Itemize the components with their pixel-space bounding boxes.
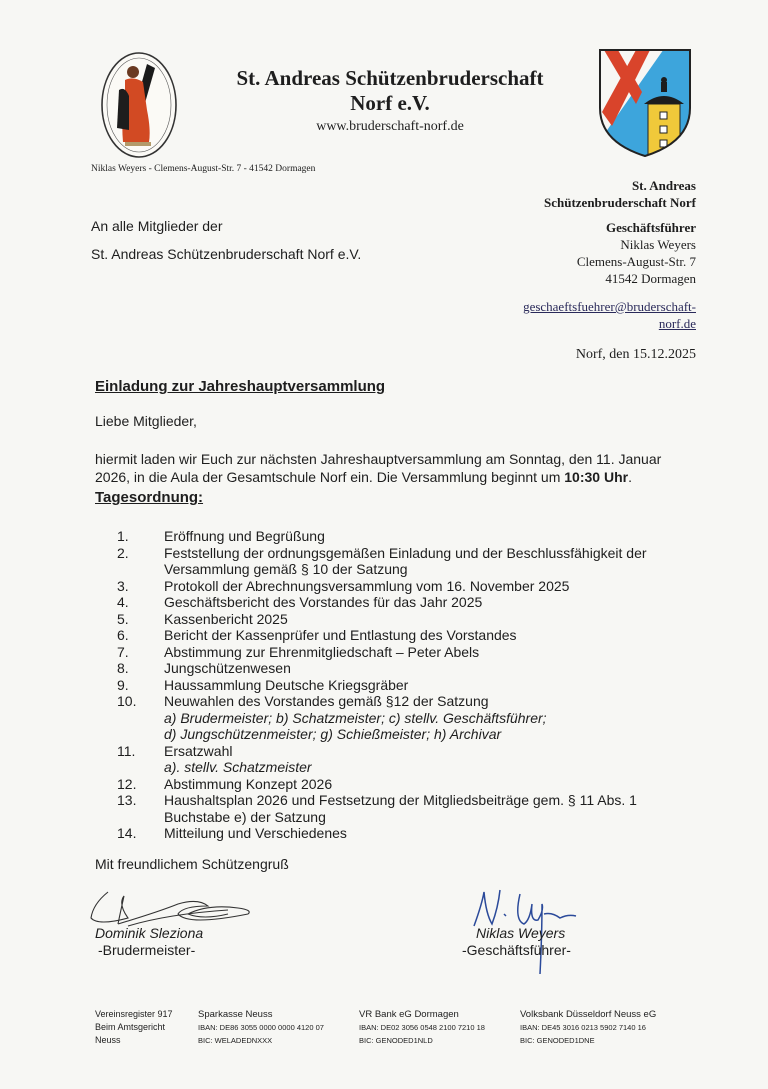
agenda-item: 14.Mitteilung und Verschiedenes	[117, 825, 677, 842]
agenda-item: 4.Geschäftsbericht des Vorstandes für da…	[117, 594, 677, 611]
register-line2: Beim Amtsgericht	[95, 1021, 173, 1034]
agenda-item-body: Bericht der Kassenprüfer und Entlastung …	[164, 627, 677, 644]
agenda-item-text: Neuwahlen des Vorstandes gemäß §12 der S…	[164, 693, 677, 710]
agenda-item-text: Eröffnung und Begrüßung	[164, 528, 677, 545]
email-line2: norf.de	[496, 315, 696, 332]
sender-org-line1: St. Andreas	[544, 177, 696, 194]
agenda-item-text: Protokoll der Abrechnungsversammlung vom…	[164, 578, 677, 595]
recipient-line2: St. Andreas Schützenbruderschaft Norf e.…	[91, 246, 361, 262]
agenda-item-number: 10.	[117, 693, 164, 743]
footer-bank-sparkasse: Sparkasse Neuss IBAN: DE86 3055 0000 000…	[198, 1008, 324, 1047]
register-line1: Vereinsregister 917	[95, 1008, 173, 1021]
recipient-line1: An alle Mitglieder der	[91, 218, 223, 234]
meeting-time: 10:30 Uhr	[564, 469, 628, 485]
agenda-item: 9.Haussammlung Deutsche Kriegsgräber	[117, 677, 677, 694]
agenda-item: 2.Feststellung der ordnungsgemäßen Einla…	[117, 545, 677, 578]
agenda-item: 10.Neuwahlen des Vorstandes gemäß §12 de…	[117, 693, 677, 743]
agenda-item-body: Eröffnung und Begrüßung	[164, 528, 677, 545]
agenda-item-number: 3.	[117, 578, 164, 595]
saint-andrew-emblem-icon	[99, 50, 179, 160]
agenda-item-text: Haushaltsplan 2026 und Festsetzung der M…	[164, 792, 677, 825]
agenda-item-text: Jungschützenwesen	[164, 660, 677, 677]
agenda-item: 13.Haushaltsplan 2026 und Festsetzung de…	[117, 792, 677, 825]
agenda-subitem: a) Brudermeister; b) Schatzmeister; c) s…	[164, 710, 677, 727]
footer-register: Vereinsregister 917 Beim Amtsgericht Neu…	[95, 1008, 173, 1047]
org-name: St. Andreas Schützenbruderschaft Norf e.…	[200, 66, 580, 116]
agenda-item: 6.Bericht der Kassenprüfer und Entlastun…	[117, 627, 677, 644]
footer-bank-vr: VR Bank eG Dormagen IBAN: DE02 3056 0548…	[359, 1008, 485, 1047]
bank-name: VR Bank eG Dormagen	[359, 1008, 485, 1021]
agenda-item-text: Mitteilung und Verschiedenes	[164, 825, 677, 842]
agenda-item-text: Ersatzwahl	[164, 743, 677, 760]
agenda-item: 7.Abstimmung zur Ehrenmitgliedschaft – P…	[117, 644, 677, 661]
letter-subject: Einladung zur Jahreshauptversammlung	[95, 378, 385, 395]
agenda-item-body: Kassenbericht 2025	[164, 611, 677, 628]
agenda-item-body: Mitteilung und Verschiedenes	[164, 825, 677, 842]
sender-role: Geschäftsführer	[606, 219, 696, 236]
agenda-item-body: Jungschützenwesen	[164, 660, 677, 677]
agenda-item-number: 6.	[117, 627, 164, 644]
signatory-name-1: Dominik Sleziona	[95, 925, 203, 941]
agenda-item-text: Haussammlung Deutsche Kriegsgräber	[164, 677, 677, 694]
agenda-item-number: 2.	[117, 545, 164, 578]
closing: Mit freundlichem Schützengruß	[95, 856, 289, 872]
agenda-item-number: 13.	[117, 792, 164, 825]
sender-name: Niklas Weyers	[620, 236, 696, 253]
org-name-line1: St. Andreas Schützenbruderschaft	[200, 66, 580, 91]
agenda-item-number: 14.	[117, 825, 164, 842]
letter-date: Norf, den 15.12.2025	[576, 346, 696, 363]
agenda-subitem: d) Jungschützenmeister; g) Schießmeister…	[164, 726, 677, 743]
website-link[interactable]: www.bruderschaft-norf.de	[200, 119, 580, 135]
footer-bank-volksbank: Volksbank Düsseldorf Neuss eG IBAN: DE45…	[520, 1008, 656, 1047]
agenda-item: 5.Kassenbericht 2025	[117, 611, 677, 628]
agenda-item-number: 1.	[117, 528, 164, 545]
org-name-line2: Norf e.V.	[200, 91, 580, 116]
agenda-item-body: Haussammlung Deutsche Kriegsgräber	[164, 677, 677, 694]
agenda-item-body: Geschäftsbericht des Vorstandes für das …	[164, 594, 677, 611]
norf-coat-of-arms-icon	[596, 46, 694, 158]
bank-name: Volksbank Düsseldorf Neuss eG	[520, 1008, 656, 1021]
salutation: Liebe Mitglieder,	[95, 413, 197, 429]
bank-iban: IBAN: DE02 3056 0548 2100 7210 18	[359, 1021, 485, 1034]
intro-paragraph: hiermit laden wir Euch zur nächsten Jahr…	[95, 450, 685, 486]
agenda-item-body: Ersatzwahla). stellv. Schatzmeister	[164, 743, 677, 776]
agenda-item-text: Abstimmung zur Ehrenmitgliedschaft – Pet…	[164, 644, 677, 661]
agenda-item-text: Kassenbericht 2025	[164, 611, 677, 628]
agenda-item: 12.Abstimmung Konzept 2026	[117, 776, 677, 793]
agenda-item-body: Haushaltsplan 2026 und Festsetzung der M…	[164, 792, 677, 825]
agenda-item: 11.Ersatzwahla). stellv. Schatzmeister	[117, 743, 677, 776]
signatory-role-2: -Geschäftsführer-	[462, 942, 571, 958]
signatory-role-1: -Brudermeister-	[98, 942, 195, 958]
agenda-item: 3.Protokoll der Abrechnungsversammlung v…	[117, 578, 677, 595]
sender-city: 41542 Dormagen	[605, 270, 696, 287]
bank-name: Sparkasse Neuss	[198, 1008, 324, 1021]
sender-address-line: Niklas Weyers - Clemens-August-Str. 7 - …	[91, 164, 315, 174]
agenda-item-text: Bericht der Kassenprüfer und Entlastung …	[164, 627, 677, 644]
bank-iban: IBAN: DE45 3016 0213 5902 7140 16	[520, 1021, 656, 1034]
signatory-name-2: Niklas Weyers	[476, 925, 565, 941]
agenda-item-body: Feststellung der ordnungsgemäßen Einladu…	[164, 545, 677, 578]
agenda-item: 1.Eröffnung und Begrüßung	[117, 528, 677, 545]
agenda-item-text: Feststellung der ordnungsgemäßen Einladu…	[164, 545, 677, 578]
sender-org-line2: Schützenbruderschaft Norf	[544, 194, 696, 211]
email-line1: geschaeftsfuehrer@bruderschaft-	[496, 298, 696, 315]
register-line3: Neuss	[95, 1034, 173, 1047]
bank-bic: BIC: WELADEDNXXX	[198, 1034, 324, 1047]
sender-street: Clemens-August-Str. 7	[577, 253, 696, 270]
agenda-item-body: Abstimmung zur Ehrenmitgliedschaft – Pet…	[164, 644, 677, 661]
agenda-item-number: 11.	[117, 743, 164, 776]
agenda-item-number: 8.	[117, 660, 164, 677]
bank-bic: BIC: GENODED1NLD	[359, 1034, 485, 1047]
agenda-subitem: a). stellv. Schatzmeister	[164, 759, 677, 776]
agenda-item-number: 4.	[117, 594, 164, 611]
agenda-list: 1.Eröffnung und Begrüßung2.Feststellung …	[117, 528, 677, 842]
sender-email-link[interactable]: geschaeftsfuehrer@bruderschaft- norf.de	[496, 298, 696, 332]
agenda-title: Tagesordnung:	[95, 489, 203, 506]
agenda-item-body: Protokoll der Abrechnungsversammlung vom…	[164, 578, 677, 595]
sender-org: St. Andreas Schützenbruderschaft Norf	[544, 177, 696, 211]
bank-bic: BIC: GENODED1DNE	[520, 1034, 656, 1047]
agenda-item-number: 5.	[117, 611, 164, 628]
agenda-item-body: Neuwahlen des Vorstandes gemäß §12 der S…	[164, 693, 677, 743]
agenda-item-text: Abstimmung Konzept 2026	[164, 776, 677, 793]
agenda-item-number: 9.	[117, 677, 164, 694]
agenda-item-number: 7.	[117, 644, 164, 661]
bank-iban: IBAN: DE86 3055 0000 0000 4120 07	[198, 1021, 324, 1034]
agenda-item-number: 12.	[117, 776, 164, 793]
intro-end: .	[628, 469, 632, 485]
agenda-item-body: Abstimmung Konzept 2026	[164, 776, 677, 793]
agenda-item-text: Geschäftsbericht des Vorstandes für das …	[164, 594, 677, 611]
agenda-item: 8.Jungschützenwesen	[117, 660, 677, 677]
